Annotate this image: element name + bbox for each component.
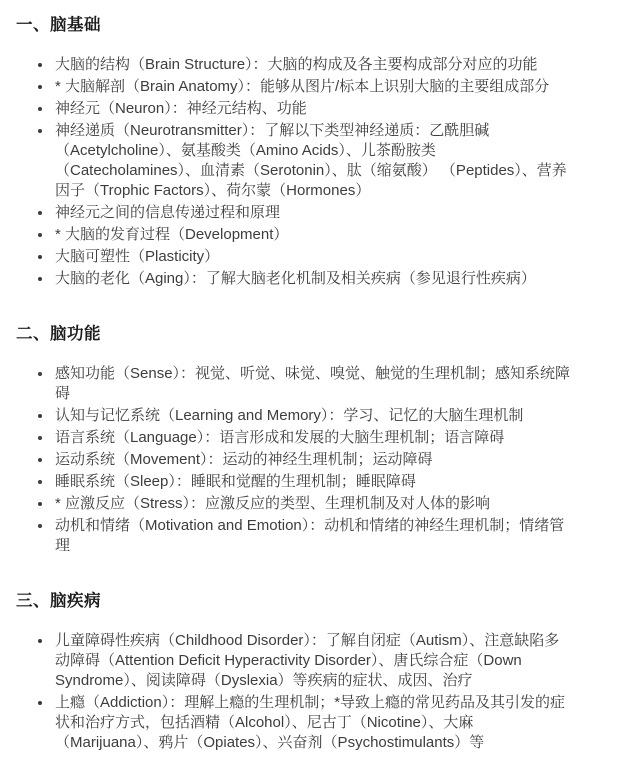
section-heading-brain-diseases: 三、脑疾病 [16, 590, 610, 612]
section-brain-functions: 二、脑功能 感知功能（Sense）：视觉、听觉、味觉、嗅觉、触觉的生理机制；感知… [16, 323, 610, 556]
list-item: 动机和情绪（Motivation and Emotion）：动机和情绪的神经生理… [53, 516, 610, 556]
list-item: * 大脑解剖（Brain Anatomy）：能够从图片/标本上识别大脑的主要组成… [53, 77, 610, 97]
list-item: 语言系统（Language）：语言形成和发展的大脑生理机制；语言障碍 [53, 428, 610, 448]
document-page: 一、脑基础 大脑的结构（Brain Structure）：大脑的构成及各主要构成… [0, 0, 627, 775]
list-item: 大脑可塑性（Plasticity） [53, 247, 610, 267]
bullet-list-brain-functions: 感知功能（Sense）：视觉、听觉、味觉、嗅觉、触觉的生理机制；感知系统障 碍 … [16, 364, 610, 556]
list-item: 运动系统（Movement）：运动的神经生理机制；运动障碍 [53, 450, 610, 470]
section-brain-basics: 一、脑基础 大脑的结构（Brain Structure）：大脑的构成及各主要构成… [16, 14, 610, 289]
list-item: 大脑的老化（Aging）：了解大脑老化机制及相关疾病（参见退行性疾病） [53, 269, 610, 289]
section-heading-brain-functions: 二、脑功能 [16, 323, 610, 345]
list-item: 神经元之间的信息传递过程和原理 [53, 203, 610, 223]
list-item: 睡眠系统（Sleep）：睡眠和觉醒的生理机制；睡眠障碍 [53, 472, 610, 492]
list-item: 认知与记忆系统（Learning and Memory）：学习、记忆的大脑生理机… [53, 406, 610, 426]
list-item: 神经递质（Neurotransmitter）：了解以下类型神经递质：乙酰胆碱 （… [53, 121, 610, 201]
bullet-list-brain-basics: 大脑的结构（Brain Structure）：大脑的构成及各主要构成部分对应的功… [16, 55, 610, 289]
section-brain-diseases: 三、脑疾病 儿童障碍性疾病（Childhood Disorder）：了解自闭症（… [16, 590, 610, 753]
list-item: * 应激反应（Stress）：应激反应的类型、生理机制及对人体的影响 [53, 494, 610, 514]
list-item: 上瘾（Addiction）：理解上瘾的生理机制；*导致上瘾的常见药品及其引发的症… [53, 693, 610, 753]
list-item: * 大脑的发育过程（Development） [53, 225, 610, 245]
list-item: 感知功能（Sense）：视觉、听觉、味觉、嗅觉、触觉的生理机制；感知系统障 碍 [53, 364, 610, 404]
list-item: 神经元（Neuron）：神经元结构、功能 [53, 99, 610, 119]
list-item: 大脑的结构（Brain Structure）：大脑的构成及各主要构成部分对应的功… [53, 55, 610, 75]
list-item: 儿童障碍性疾病（Childhood Disorder）：了解自闭症（Autism… [53, 631, 610, 691]
section-heading-brain-basics: 一、脑基础 [16, 14, 610, 36]
bullet-list-brain-diseases: 儿童障碍性疾病（Childhood Disorder）：了解自闭症（Autism… [16, 631, 610, 753]
